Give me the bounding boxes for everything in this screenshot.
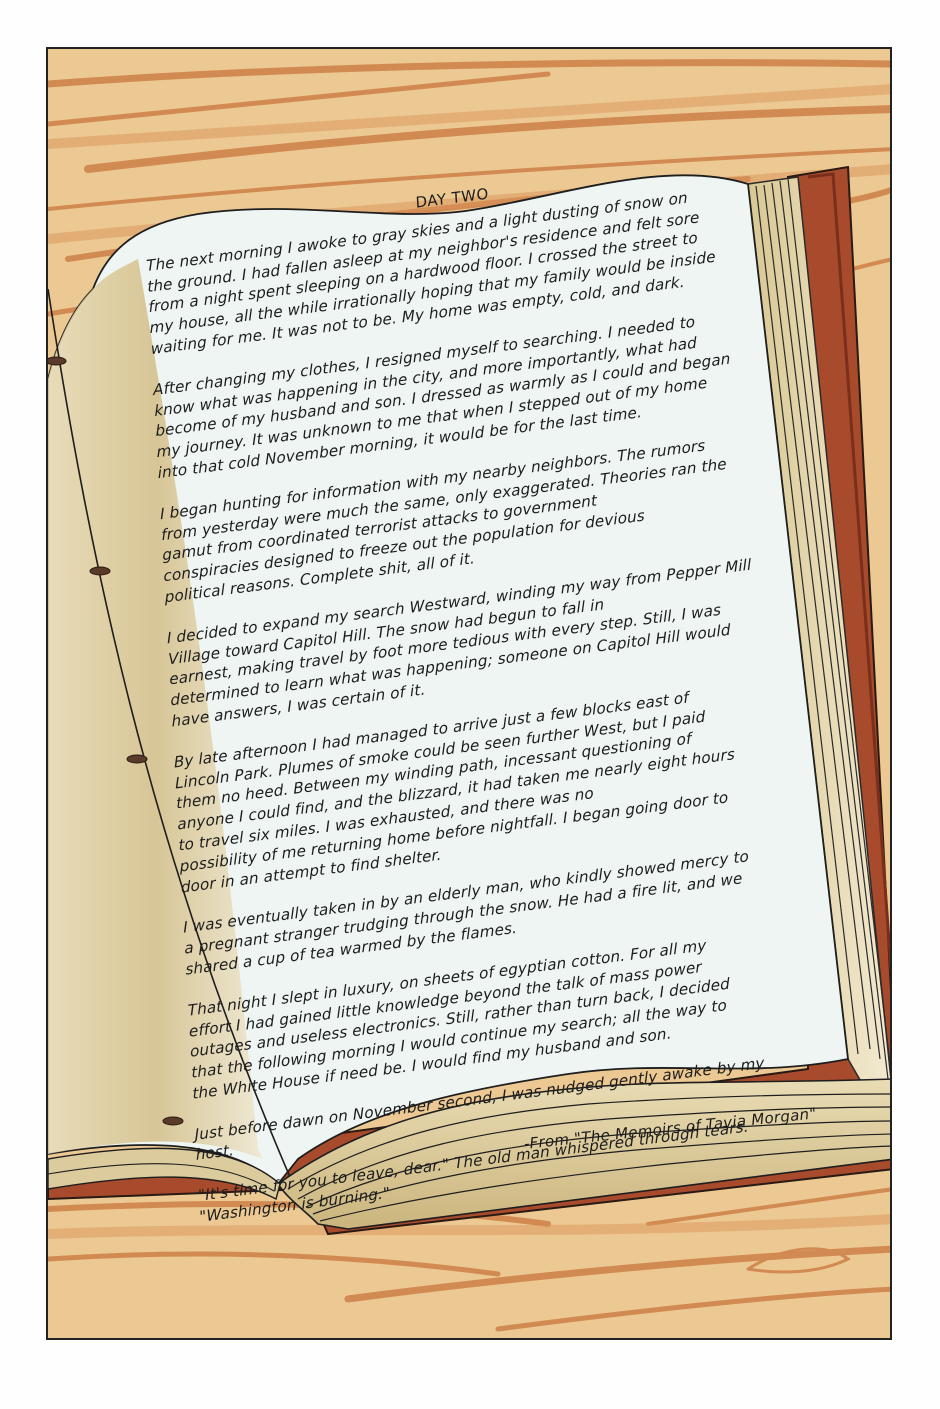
comic-panel: DAY TWO The next morning I awoke to gray… [46,47,892,1340]
book-on-table-illustration [48,49,892,1340]
